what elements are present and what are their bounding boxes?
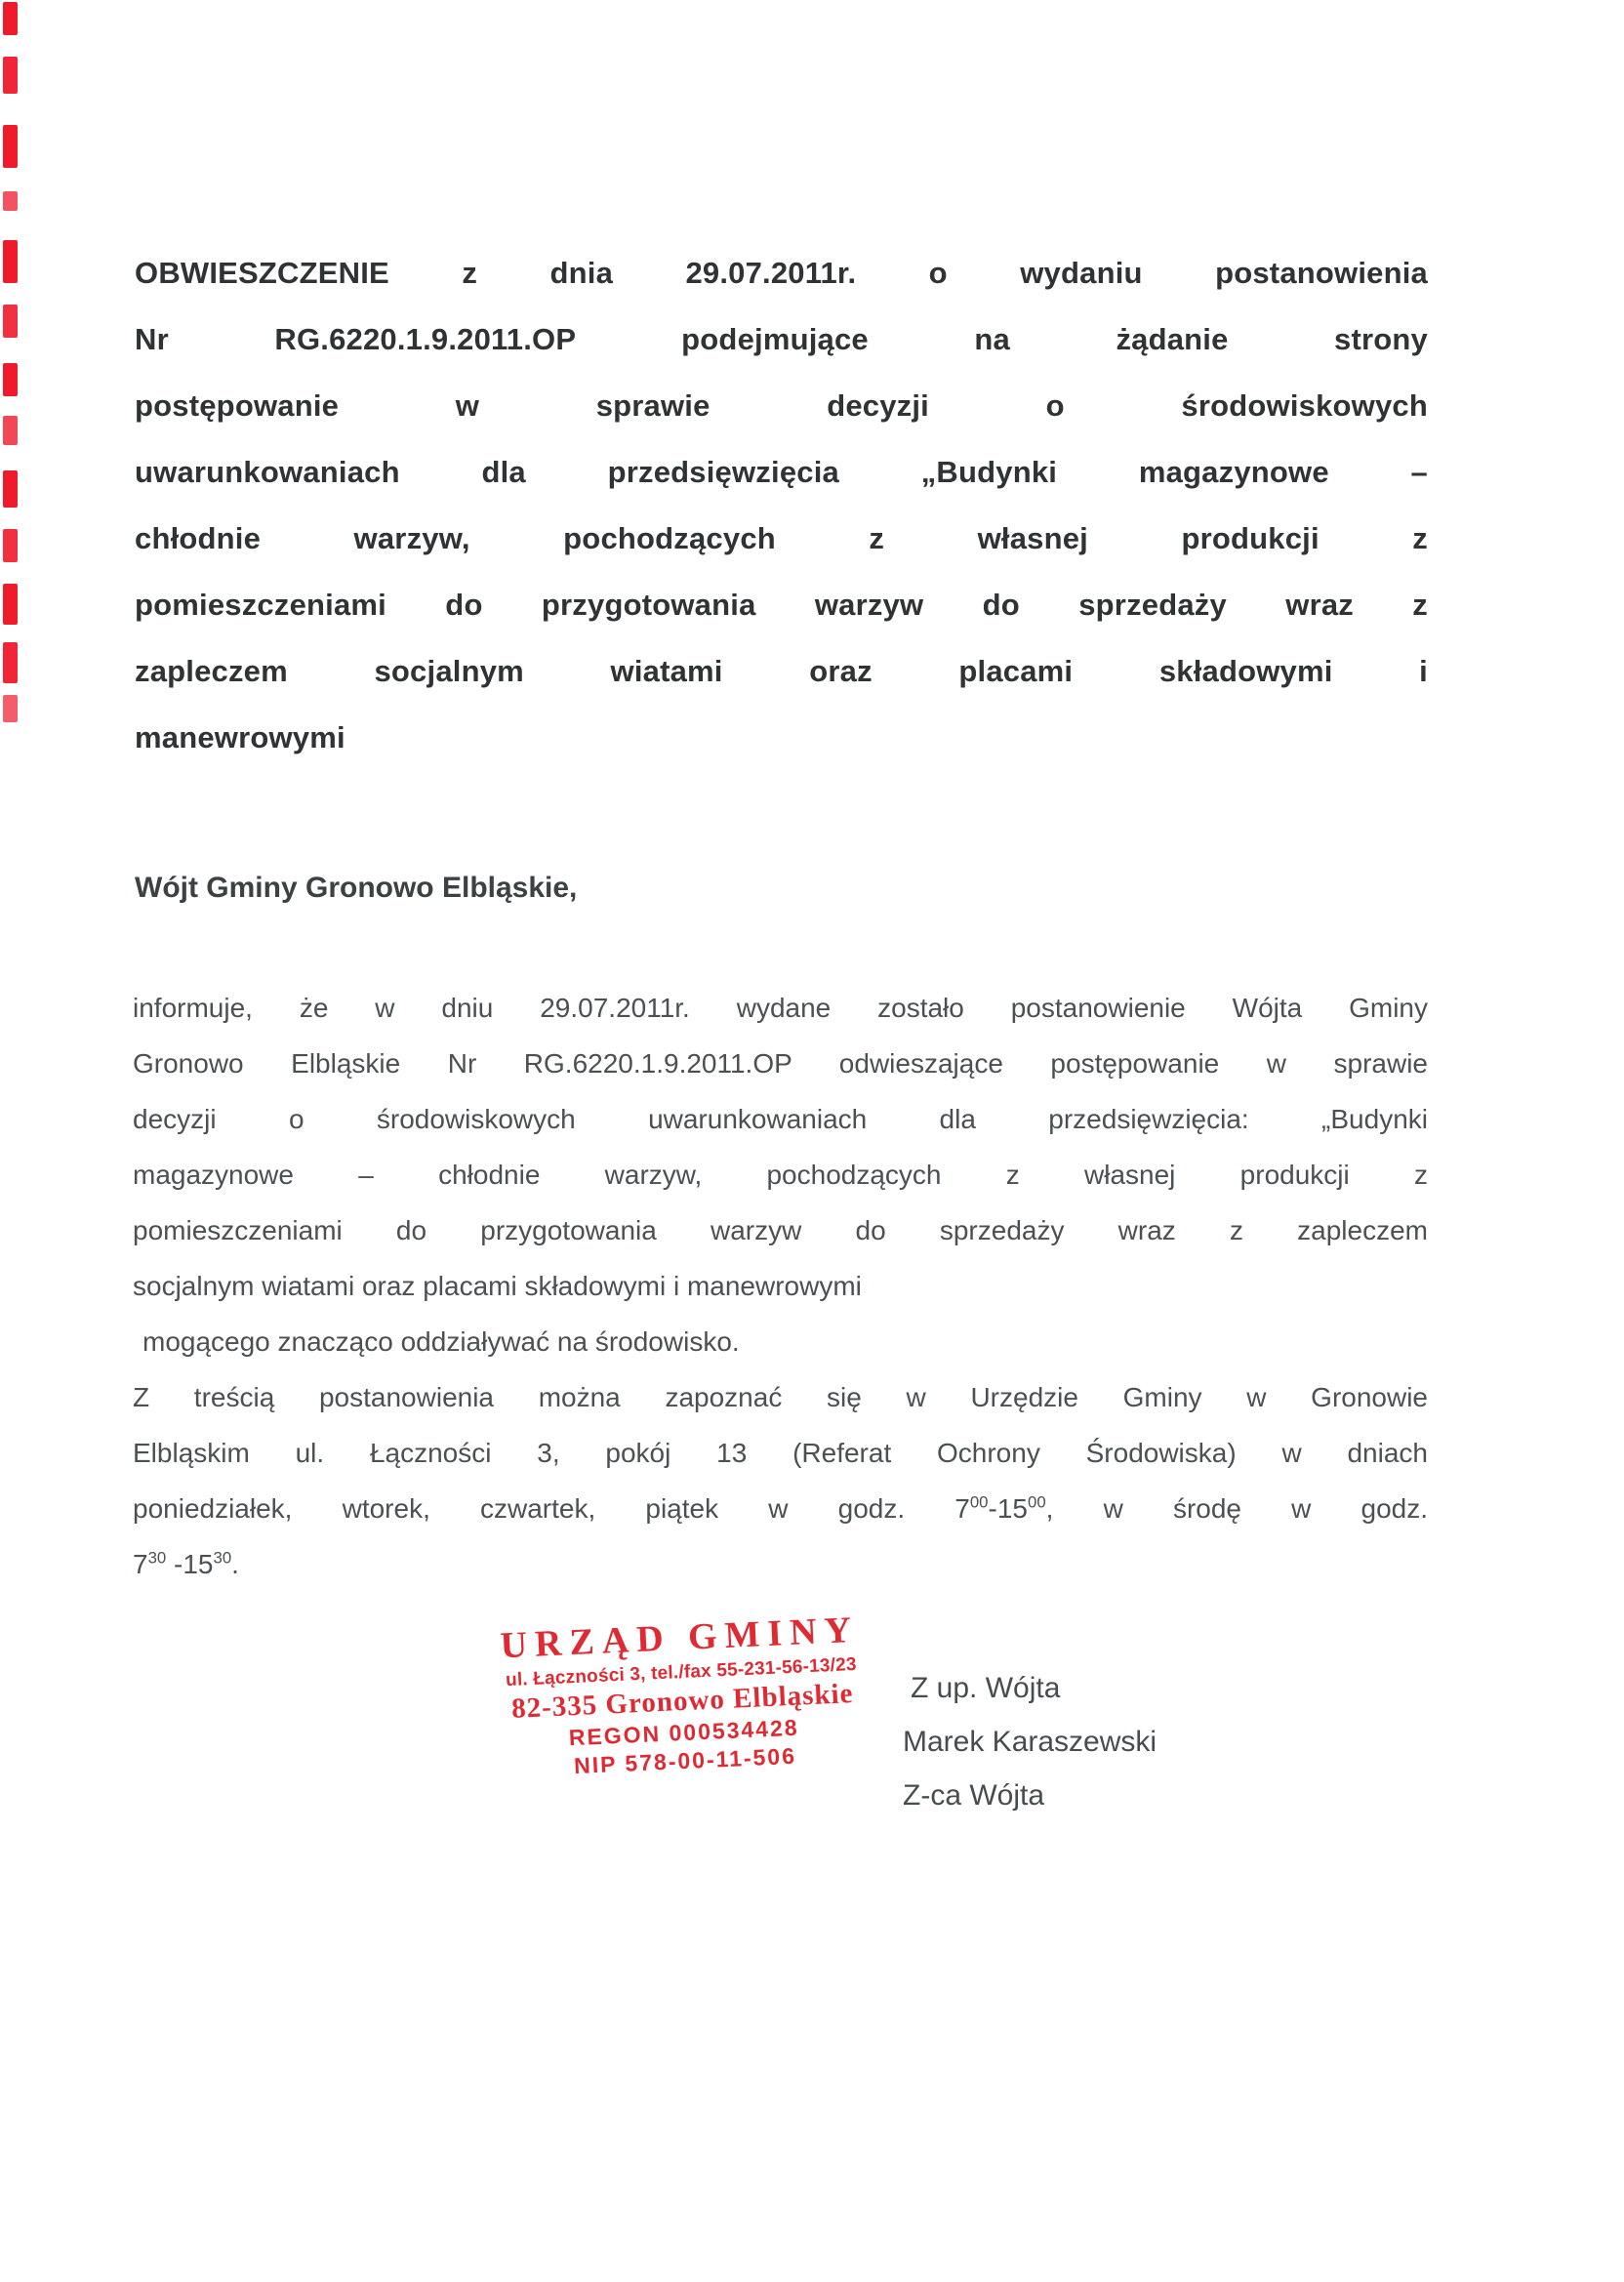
body-line: 730 -1530. bbox=[133, 1536, 1428, 1592]
signature-title: Z-ca Wójta bbox=[903, 1769, 1157, 1822]
scan-edge-mark bbox=[3, 529, 18, 562]
scan-edge-mark bbox=[3, 695, 18, 722]
heading-line: OBWIESZCZENIE z dnia 29.07.2011r. o wyda… bbox=[135, 240, 1428, 306]
scan-edge-mark bbox=[3, 57, 18, 94]
scan-edge-marks bbox=[0, 0, 29, 781]
body-line: poniedziałek, wtorek, czwartek, piątek w… bbox=[133, 1481, 1428, 1536]
office-stamp: URZĄD GMINY ul. Łączności 3, tel./fax 55… bbox=[489, 1607, 874, 1783]
heading-line: pomieszczeniami do przygotowania warzyw … bbox=[135, 572, 1428, 638]
scan-edge-mark bbox=[3, 191, 18, 211]
scan-edge-mark bbox=[3, 416, 18, 445]
body-text: informuje, że w dniu 29.07.2011r. wydane… bbox=[133, 980, 1428, 1592]
body-line: pomieszczeniami do przygotowania warzyw … bbox=[133, 1202, 1428, 1258]
scan-edge-mark bbox=[3, 2, 18, 35]
document-page: OBWIESZCZENIE z dnia 29.07.2011r. o wyda… bbox=[0, 0, 1624, 2282]
heading-line: uwarunkowaniach dla przedsięwzięcia „Bud… bbox=[135, 439, 1428, 506]
scan-edge-mark bbox=[3, 240, 18, 283]
body-note-line: mogącego znacząco oddziaływać na środowi… bbox=[133, 1314, 1428, 1369]
heading-line: chłodnie warzyw, pochodzących z własnej … bbox=[135, 506, 1428, 572]
issuer-subheading: Wójt Gminy Gronowo Elbląskie, bbox=[135, 872, 577, 905]
heading-line: postępowanie w sprawie decyzji o środowi… bbox=[135, 373, 1428, 439]
heading-line: zapleczem socjalnym wiatami oraz placami… bbox=[135, 638, 1428, 705]
scan-edge-mark bbox=[3, 584, 18, 625]
body-line: informuje, że w dniu 29.07.2011r. wydane… bbox=[133, 980, 1428, 1036]
body-line: Z treścią postanowienia można zapoznać s… bbox=[133, 1369, 1428, 1425]
body-line: magazynowe – chłodnie warzyw, pochodzący… bbox=[133, 1147, 1428, 1202]
heading-line: Nr RG.6220.1.9.2011.OP podejmujące na żą… bbox=[135, 306, 1428, 373]
scan-edge-mark bbox=[3, 470, 18, 508]
scan-edge-mark bbox=[3, 642, 18, 683]
scan-edge-mark bbox=[3, 363, 18, 396]
signature-authorization: Z up. Wójta bbox=[903, 1661, 1157, 1715]
signature-name: Marek Karaszewski bbox=[903, 1715, 1157, 1769]
announcement-heading: OBWIESZCZENIE z dnia 29.07.2011r. o wyda… bbox=[135, 240, 1428, 771]
body-line: Elbląskim ul. Łączności 3, pokój 13 (Ref… bbox=[133, 1425, 1428, 1481]
heading-line: manewrowymi bbox=[135, 705, 1428, 771]
body-line: Gronowo Elbląskie Nr RG.6220.1.9.2011.OP… bbox=[133, 1036, 1428, 1091]
body-line: decyzji o środowiskowych uwarunkowaniach… bbox=[133, 1091, 1428, 1147]
scan-edge-mark bbox=[3, 305, 18, 338]
signature-block: Z up. Wójta Marek Karaszewski Z-ca Wójta bbox=[903, 1661, 1157, 1822]
body-line: socjalnym wiatami oraz placami składowym… bbox=[133, 1258, 1428, 1314]
scan-edge-mark bbox=[3, 125, 18, 168]
